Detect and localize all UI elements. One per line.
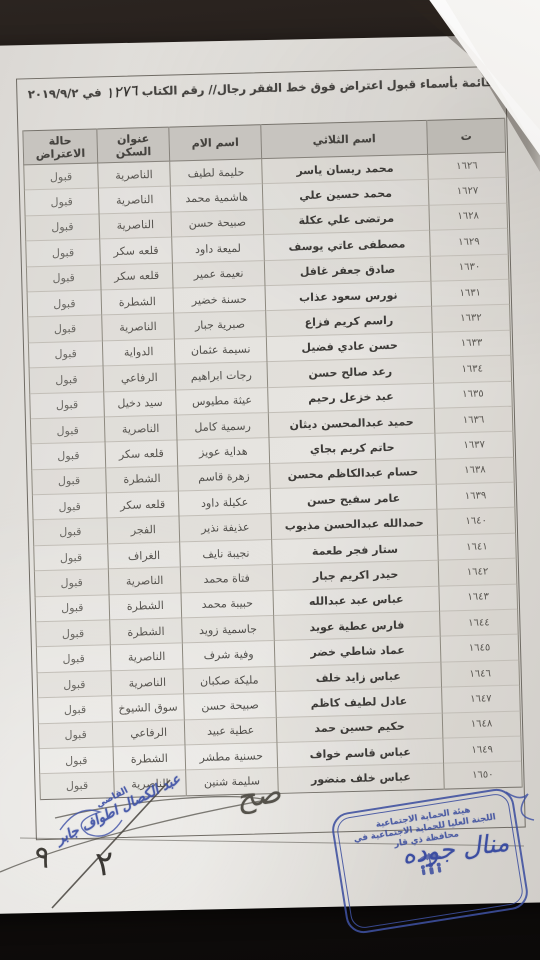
objection-status: قبول: [35, 594, 110, 621]
mother-name: صبيحة حسن: [171, 209, 264, 237]
photo-background: قائمة بأسماء قبول اعتراض فوق خط الفقر رج…: [0, 0, 540, 960]
mother-name: حبيبة محمد: [181, 590, 274, 618]
address: الشطرة: [110, 618, 183, 645]
objection-status: قبول: [30, 417, 105, 444]
address: الدواية: [102, 339, 175, 366]
header-full-name: اسم الثلاثي: [261, 120, 428, 158]
mother-name: حسنة خضير: [173, 286, 266, 314]
objection-status: قبول: [34, 569, 109, 596]
serial-number: ١٦٤٠: [437, 508, 516, 535]
serial-number: ١٦٣١: [431, 279, 510, 306]
serial-number: ١٦٣٣: [432, 330, 511, 357]
mother-name: لميعة داود: [172, 235, 265, 263]
serial-number: ١٦٤٧: [442, 685, 521, 712]
objection-status: قبول: [26, 239, 101, 266]
address: الناصرية: [99, 212, 172, 239]
header-objection-status: حالة الاعتراض: [23, 129, 98, 165]
objection-status: قبول: [28, 315, 103, 342]
mother-name: مليكة صكبان: [183, 666, 276, 694]
address: الرفاعي: [103, 364, 176, 391]
objection-status: قبول: [31, 442, 106, 469]
address: قلعه سكر: [105, 440, 178, 467]
address: الغراف: [108, 542, 181, 569]
mother-name: وفية شرف: [182, 641, 275, 669]
address: الناصرية: [104, 415, 177, 442]
address: الناصرية: [108, 567, 181, 594]
serial-number: ١٦٤٥: [440, 635, 519, 662]
serial-number: ١٦٣٧: [435, 431, 514, 458]
mother-name: حليمة لطيف: [170, 159, 263, 187]
serial-number: ١٦٤٦: [441, 660, 520, 687]
mother-name: صبيحة حسن: [184, 692, 277, 720]
objection-status: قبول: [29, 366, 104, 393]
serial-number: ١٦٤٢: [438, 558, 517, 585]
mother-name: سليمة شنين: [186, 768, 279, 796]
objection-status: قبول: [25, 214, 100, 241]
serial-number: ١٦٣٩: [436, 482, 515, 509]
address: الناصرية: [110, 643, 183, 670]
mother-name: عيثة مطيوس: [176, 387, 269, 415]
mother-name: صبرية جبار: [174, 311, 267, 339]
mother-name: نعيمة عمير: [172, 260, 265, 288]
address: سوق الشيوخ: [112, 694, 185, 721]
serial-number: ١٦٢٨: [429, 203, 508, 230]
header-serial: ت: [427, 118, 506, 154]
objection-status: قبول: [32, 493, 107, 520]
mother-name: نسيمة عثمان: [174, 336, 267, 364]
address: الشطرة: [106, 466, 179, 493]
mother-name: هاشمية محمد: [170, 184, 263, 212]
mother-name: عطية عبيد: [184, 717, 277, 745]
objection-status: قبول: [24, 163, 99, 190]
objection-status: قبول: [38, 721, 113, 748]
mother-name: رسمية كامل: [176, 412, 269, 440]
address: الناصرية: [98, 186, 171, 213]
objection-status: قبول: [26, 264, 101, 291]
address: الناصرية: [114, 770, 187, 797]
address: الفجر: [107, 516, 180, 543]
address: قلعه سكر: [106, 491, 179, 518]
address: الناصرية: [111, 669, 184, 696]
objection-status: قبول: [37, 671, 112, 698]
serial-number: ١٦٤١: [438, 533, 517, 560]
mother-name: جاسمية زويد: [182, 616, 275, 644]
names-table: ت اسم الثلاثي اسم الام عنوان السكن حالة …: [22, 118, 522, 800]
address: قلعه سكر: [100, 263, 173, 290]
serial-number: ١٦٤٨: [442, 711, 521, 738]
serial-number: ١٦٤٣: [439, 584, 518, 611]
address: الشطرة: [101, 288, 174, 315]
mother-name: رجات ابراهيم: [175, 362, 268, 390]
document-content: قائمة بأسماء قبول اعتراض فوق خط الفقر رج…: [14, 62, 530, 855]
objection-status: قبول: [34, 544, 109, 571]
mother-name: هداية عويز: [177, 438, 270, 466]
serial-number: ١٦٣٦: [434, 406, 513, 433]
mother-name: فتاة محمد: [180, 565, 273, 593]
objection-status: قبول: [27, 290, 102, 317]
mother-name: حسنية مطشر: [185, 742, 278, 770]
objection-status: قبول: [28, 341, 103, 368]
title-date: في ٢٠١٩/٩/٢: [28, 85, 102, 101]
objection-status: قبول: [36, 620, 111, 647]
mother-name: زهرة قاسم: [178, 463, 271, 491]
objection-status: قبول: [38, 696, 113, 723]
serial-number: ١٦٤٩: [443, 736, 522, 763]
serial-number: ١٦٣٥: [434, 381, 513, 408]
serial-number: ١٦٢٩: [430, 228, 509, 255]
serial-number: ١٦٢٦: [428, 152, 507, 179]
address: الرفاعي: [112, 719, 185, 746]
objection-status: قبول: [30, 391, 105, 418]
objection-status: قبول: [24, 188, 99, 215]
objection-status: قبول: [40, 772, 115, 799]
book-number-handwritten: ١٢٧٦: [105, 81, 139, 102]
serial-number: ١٦٥٠: [444, 761, 523, 788]
mother-name: عكيلة داود: [178, 489, 271, 517]
table-body: ١٦٢٦محمد ريسان ياسرحليمة لطيفالناصريةقبو…: [24, 152, 522, 799]
serial-number: ١٦٣٨: [436, 457, 515, 484]
serial-number: ١٦٢٧: [428, 178, 507, 205]
serial-number: ١٦٣٤: [433, 355, 512, 382]
header-address: عنوان السكن: [97, 127, 170, 163]
objection-status: قبول: [39, 747, 114, 774]
full-name: عباس خلف منضور: [278, 763, 445, 793]
address: الناصرية: [98, 161, 171, 188]
address: قلعه سكر: [100, 237, 173, 264]
mother-name: عذيفة نذير: [179, 514, 272, 542]
header-mother-name: اسم الام: [169, 125, 262, 161]
objection-status: قبول: [36, 645, 111, 672]
objection-status: قبول: [33, 518, 108, 545]
address: الناصرية: [102, 313, 175, 340]
serial-number: ١٦٤٤: [440, 609, 519, 636]
serial-number: ١٦٣٠: [430, 254, 509, 281]
mother-name: نجيبة نايف: [180, 539, 273, 567]
serial-number: ١٦٣٢: [432, 305, 511, 332]
address: الشطرة: [113, 745, 186, 772]
address: سيد دخيل: [104, 390, 177, 417]
address: الشطرة: [109, 593, 182, 620]
objection-status: قبول: [32, 468, 107, 495]
